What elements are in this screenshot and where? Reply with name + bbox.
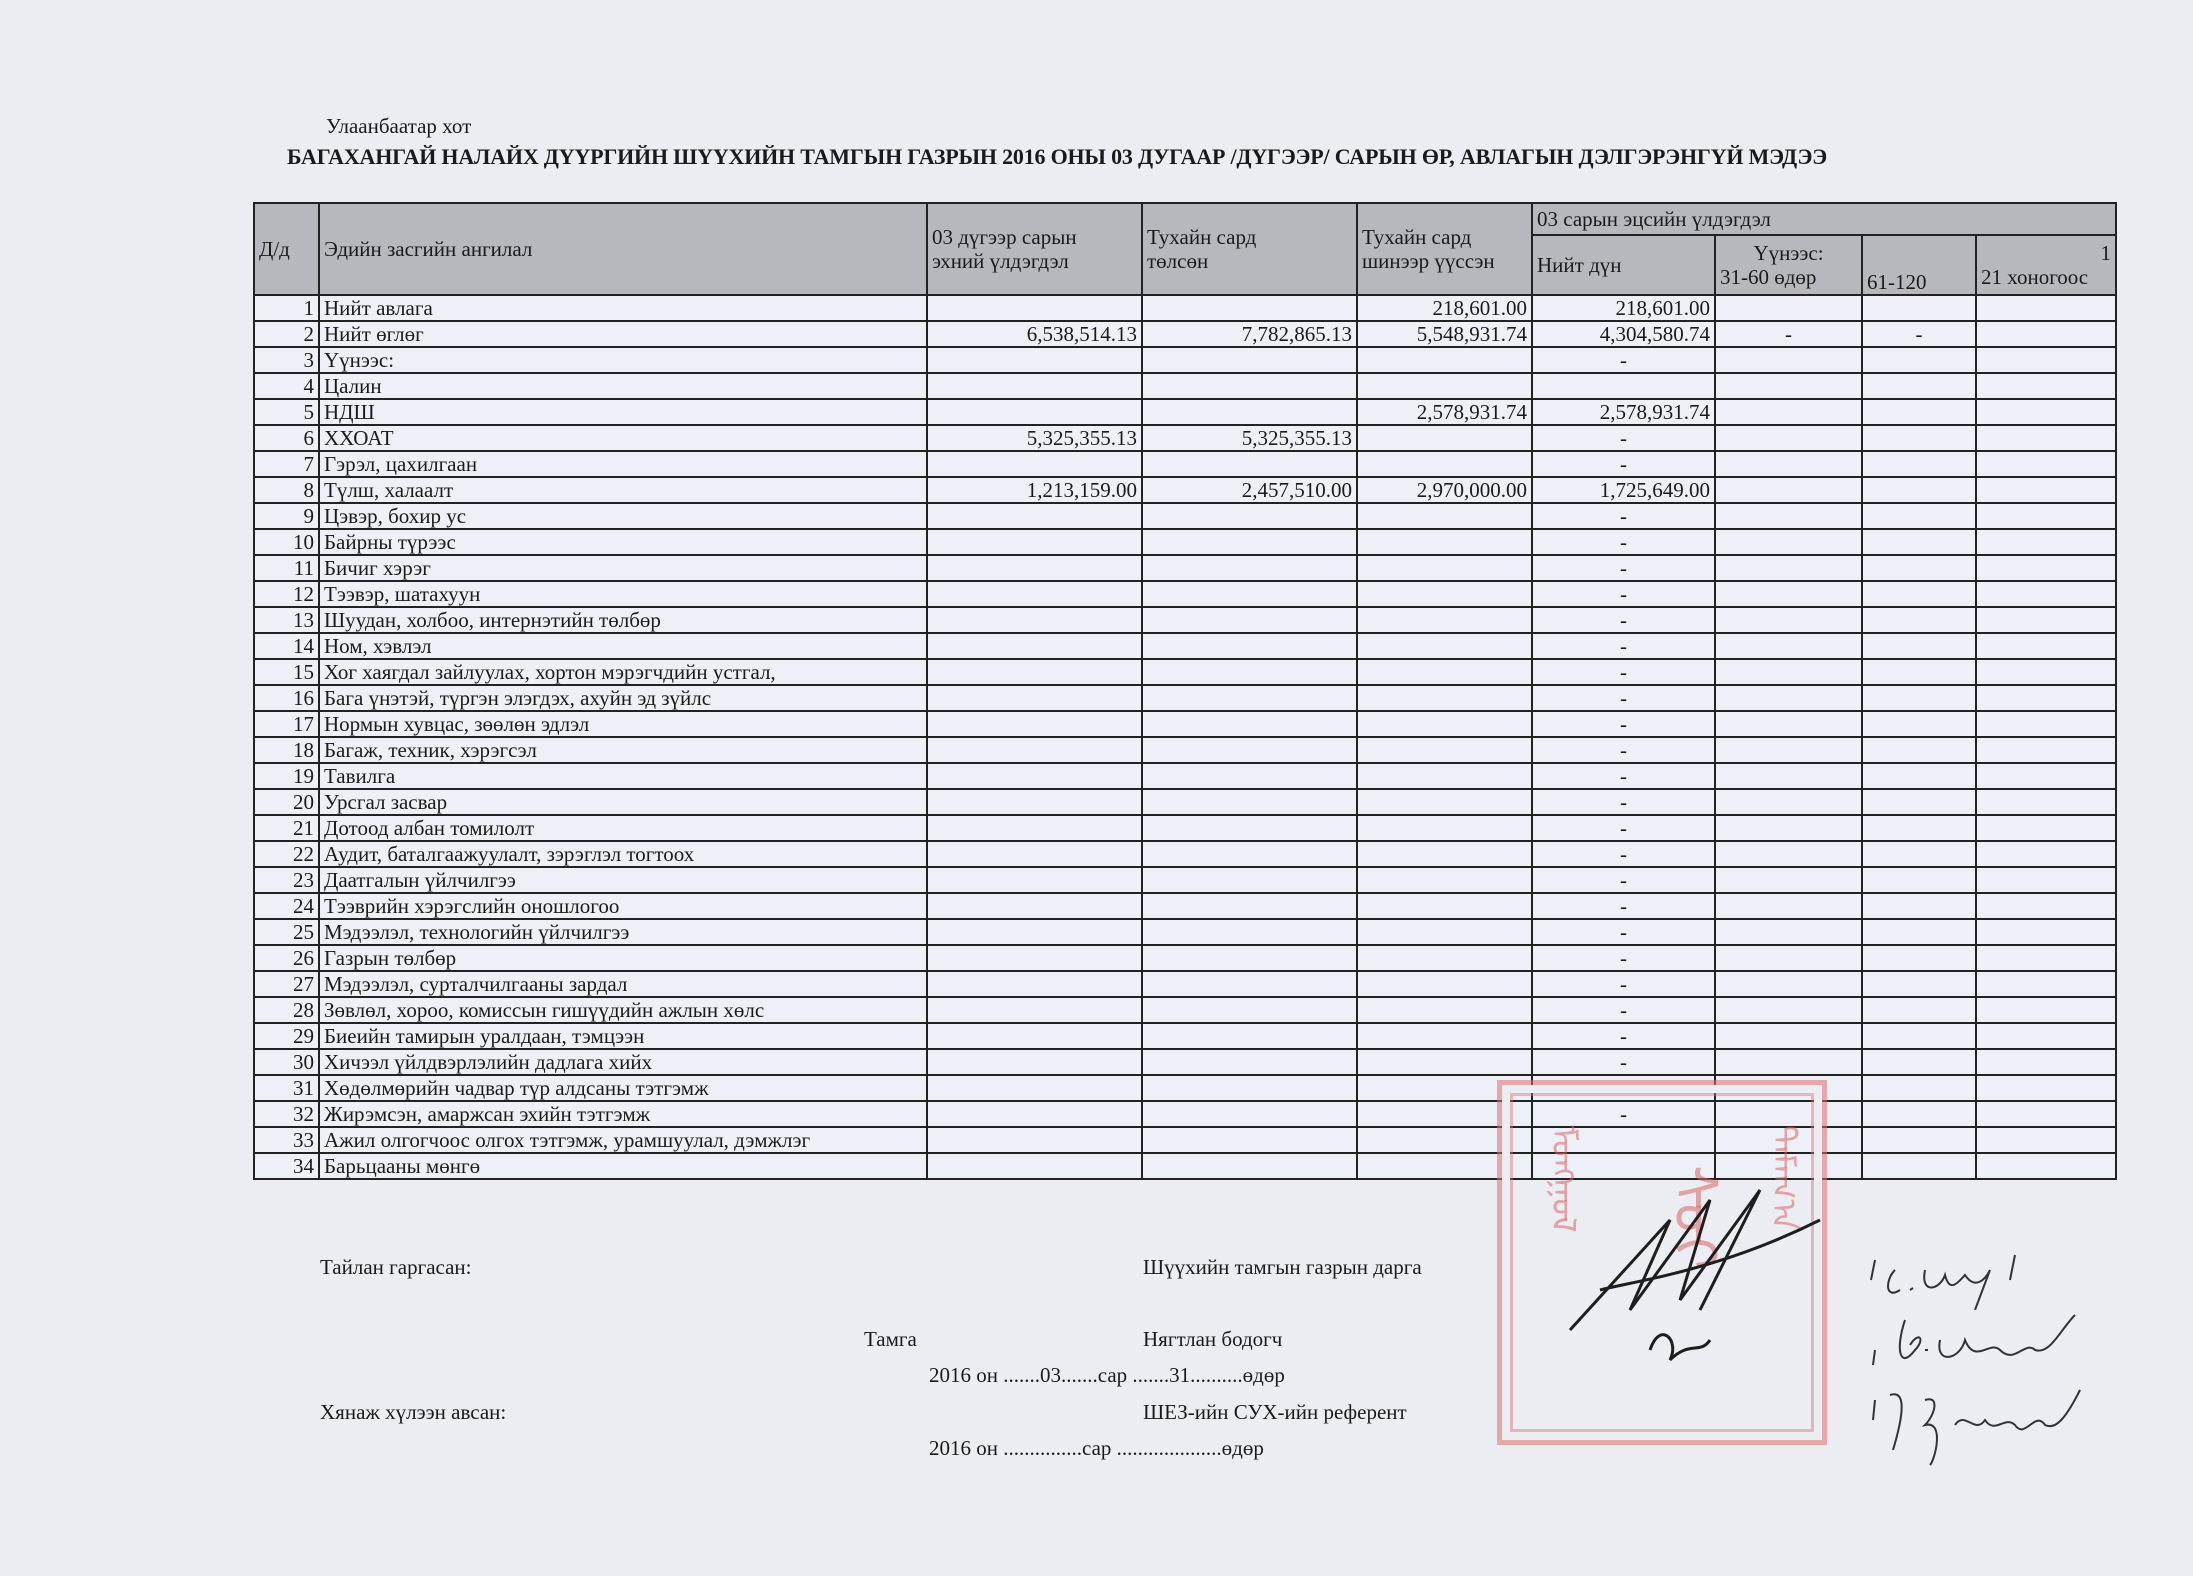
cell-total: -	[1532, 659, 1715, 685]
cell-new	[1357, 737, 1532, 763]
cell-d121	[1976, 737, 2116, 763]
cell-paid	[1142, 373, 1357, 399]
cell-new	[1357, 945, 1532, 971]
table-row: 25Мэдээлэл, технологийн үйлчилгээ-	[254, 919, 2116, 945]
cell-total: -	[1532, 867, 1715, 893]
table-row: 1Нийт авлага218,601.00218,601.00	[254, 295, 2116, 321]
cell-opening: 6,538,514.13	[927, 321, 1142, 347]
cell-category: НДШ	[319, 399, 927, 425]
cell-paid	[1142, 1075, 1357, 1101]
cell-d121	[1976, 1101, 2116, 1127]
cell-opening	[927, 503, 1142, 529]
cell-new	[1357, 1023, 1532, 1049]
cell-category: Ажил олгогчоос олгох тэтгэмж, урамшуулал…	[319, 1127, 927, 1153]
received-by-label: Хянаж хүлээн авсан:	[320, 1400, 506, 1425]
cell-paid: 5,325,355.13	[1142, 425, 1357, 451]
cell-n: 1	[254, 295, 319, 321]
cell-d121	[1976, 607, 2116, 633]
cell-d121	[1976, 1153, 2116, 1179]
cell-category: Нормын хувцас, зөөлөн эдлэл	[319, 711, 927, 737]
cell-n: 26	[254, 945, 319, 971]
cell-d61-120	[1862, 1153, 1976, 1179]
cell-new	[1357, 711, 1532, 737]
cell-paid	[1142, 997, 1357, 1023]
cell-category: Мэдээлэл, сурталчилгааны зардал	[319, 971, 927, 997]
head-title-label: Шүүхийн тамгын газрын дарга	[1143, 1255, 1422, 1280]
cell-new	[1357, 633, 1532, 659]
table-row: 33Ажил олгогчоос олгох тэтгэмж, урамшуул…	[254, 1127, 2116, 1153]
table-row: 4Цалин	[254, 373, 2116, 399]
table-row: 15Хог хаягдал зайлуулах, хортон мэрэгчди…	[254, 659, 2116, 685]
head-name-signature-icon	[1865, 1250, 2035, 1310]
cell-d121	[1976, 295, 2116, 321]
cell-paid	[1142, 1101, 1357, 1127]
cell-d31-60	[1715, 477, 1862, 503]
cell-d121	[1976, 919, 2116, 945]
received-date-line: 2016 он ...............сар .............…	[929, 1436, 1264, 1461]
cell-paid	[1142, 815, 1357, 841]
cell-new	[1357, 997, 1532, 1023]
cell-d121	[1976, 815, 2116, 841]
cell-d31-60	[1715, 763, 1862, 789]
cell-total: -	[1532, 919, 1715, 945]
col-header-121-plus-days: 121 хоногоос	[1976, 235, 2116, 295]
cell-new	[1357, 659, 1532, 685]
cell-total: -	[1532, 997, 1715, 1023]
cell-opening	[927, 1153, 1142, 1179]
cell-opening	[927, 451, 1142, 477]
cell-total: -	[1532, 737, 1715, 763]
cell-d31-60	[1715, 737, 1862, 763]
cell-n: 28	[254, 997, 319, 1023]
cell-paid	[1142, 763, 1357, 789]
cell-opening	[927, 1075, 1142, 1101]
cell-d61-120	[1862, 737, 1976, 763]
referent-title-label: ШЕЗ-ийн СУХ-ийн референт	[1143, 1400, 1407, 1425]
cell-category: Байрны түрээс	[319, 529, 927, 555]
cell-d61-120	[1862, 373, 1976, 399]
cell-n: 29	[254, 1023, 319, 1049]
cell-paid	[1142, 1023, 1357, 1049]
cell-paid	[1142, 659, 1357, 685]
table-row: 16Бага үнэтэй, түргэн элэгдэх, ахуйн эд …	[254, 685, 2116, 711]
col-header-total: Нийт дүн	[1532, 235, 1715, 295]
cell-d61-120	[1862, 815, 1976, 841]
cell-d61-120	[1862, 295, 1976, 321]
cell-n: 21	[254, 815, 319, 841]
cell-paid	[1142, 295, 1357, 321]
cell-d121	[1976, 529, 2116, 555]
cell-paid	[1142, 1127, 1357, 1153]
cell-d31-60	[1715, 581, 1862, 607]
cell-n: 10	[254, 529, 319, 555]
cell-d31-60	[1715, 451, 1862, 477]
cell-d61-120: -	[1862, 321, 1976, 347]
cell-total: -	[1532, 945, 1715, 971]
table-row: 3Үүнээс:-	[254, 347, 2116, 373]
col-header-paid: Тухайн сардтөлсөн	[1142, 203, 1357, 295]
prepared-by-label: Тайлан гаргасан:	[320, 1255, 472, 1280]
cell-d61-120	[1862, 945, 1976, 971]
cell-category: Гэрэл, цахилгаан	[319, 451, 927, 477]
cell-d121	[1976, 477, 2116, 503]
cell-paid	[1142, 503, 1357, 529]
cell-new	[1357, 867, 1532, 893]
cell-n: 15	[254, 659, 319, 685]
cell-d61-120	[1862, 1127, 1976, 1153]
cell-category: Хичээл үйлдвэрлэлийн дадлага хийх	[319, 1049, 927, 1075]
cell-n: 33	[254, 1127, 319, 1153]
cell-total: -	[1532, 711, 1715, 737]
cell-total: -	[1532, 425, 1715, 451]
cell-d121	[1976, 399, 2116, 425]
cell-n: 11	[254, 555, 319, 581]
table-row: 13Шуудан, холбоо, интернэтийн төлбөр-	[254, 607, 2116, 633]
cell-d31-60	[1715, 633, 1862, 659]
cell-opening: 5,325,355.13	[927, 425, 1142, 451]
cell-opening	[927, 659, 1142, 685]
cell-n: 34	[254, 1153, 319, 1179]
accountant-signature-icon	[1865, 1310, 2085, 1380]
cell-d121	[1976, 347, 2116, 373]
cell-n: 25	[254, 919, 319, 945]
cell-d121	[1976, 581, 2116, 607]
cell-n: 4	[254, 373, 319, 399]
cell-new	[1357, 581, 1532, 607]
cell-d61-120	[1862, 1075, 1976, 1101]
cell-paid	[1142, 867, 1357, 893]
cell-n: 32	[254, 1101, 319, 1127]
table-row: 22Аудит, баталгаажуулалт, зэрэглэл тогто…	[254, 841, 2116, 867]
cell-opening	[927, 789, 1142, 815]
cell-total: -	[1532, 529, 1715, 555]
cell-n: 30	[254, 1049, 319, 1075]
cell-d61-120	[1862, 1023, 1976, 1049]
col-header-closing-balance-group: 03 сарын эцсийн үлдэгдэл	[1532, 203, 2116, 235]
cell-category: Ном, хэвлэл	[319, 633, 927, 659]
cell-n: 2	[254, 321, 319, 347]
cell-new	[1357, 425, 1532, 451]
cell-new	[1357, 555, 1532, 581]
cell-opening	[927, 607, 1142, 633]
cell-opening	[927, 737, 1142, 763]
cell-category: Газрын төлбөр	[319, 945, 927, 971]
cell-d61-120	[1862, 451, 1976, 477]
cell-opening	[927, 555, 1142, 581]
table-row: 9Цэвэр, бохир ус-	[254, 503, 2116, 529]
cell-paid	[1142, 841, 1357, 867]
cell-category: Шуудан, холбоо, интернэтийн төлбөр	[319, 607, 927, 633]
cell-category: Дотоод албан томилолт	[319, 815, 927, 841]
cell-paid	[1142, 945, 1357, 971]
cell-opening	[927, 997, 1142, 1023]
cell-opening	[927, 373, 1142, 399]
cell-opening	[927, 815, 1142, 841]
cell-n: 14	[254, 633, 319, 659]
cell-d31-60	[1715, 503, 1862, 529]
cell-new	[1357, 347, 1532, 373]
cell-paid	[1142, 1049, 1357, 1075]
cell-d31-60	[1715, 815, 1862, 841]
cell-category: Мэдээлэл, технологийн үйлчилгээ	[319, 919, 927, 945]
cell-opening	[927, 867, 1142, 893]
cell-d121	[1976, 893, 2116, 919]
cell-paid	[1142, 685, 1357, 711]
cell-new	[1357, 607, 1532, 633]
cell-d61-120	[1862, 867, 1976, 893]
col-header-31-60-days: Үүнээс:31-60 өдөр	[1715, 235, 1862, 295]
cell-paid: 7,782,865.13	[1142, 321, 1357, 347]
col-header-category: Эдийн засгийн ангилал	[319, 203, 927, 295]
accountant-title-label: Нягтлан бодогч	[1143, 1327, 1282, 1352]
cell-d31-60	[1715, 711, 1862, 737]
cell-opening	[927, 841, 1142, 867]
cell-d61-120	[1862, 997, 1976, 1023]
cell-n: 7	[254, 451, 319, 477]
referent-signature-icon	[1865, 1380, 2095, 1470]
table-row: 32Жирэмсэн, амаржсан эхийн тэтгэмж-	[254, 1101, 2116, 1127]
table-row: 31Хөдөлмөрийн чадвар түр алдсаны тэтгэмж…	[254, 1075, 2116, 1101]
cell-d61-120	[1862, 893, 1976, 919]
table-row: 18Багаж, техник, хэрэгсэл-	[254, 737, 2116, 763]
cell-category: Жирэмсэн, амаржсан эхийн тэтгэмж	[319, 1101, 927, 1127]
cell-n: 12	[254, 581, 319, 607]
cell-opening	[927, 633, 1142, 659]
cell-opening	[927, 1101, 1142, 1127]
cell-d121	[1976, 1049, 2116, 1075]
cell-total: -	[1532, 841, 1715, 867]
cell-new: 2,970,000.00	[1357, 477, 1532, 503]
cell-paid	[1142, 555, 1357, 581]
cell-d121	[1976, 841, 2116, 867]
table-row: 27Мэдээлэл, сурталчилгааны зардал-	[254, 971, 2116, 997]
cell-d61-120	[1862, 477, 1976, 503]
cell-opening	[927, 347, 1142, 373]
cell-d31-60	[1715, 971, 1862, 997]
cell-d61-120	[1862, 347, 1976, 373]
col-header-index: Д/д	[254, 203, 319, 295]
cell-n: 22	[254, 841, 319, 867]
cell-opening: 1,213,159.00	[927, 477, 1142, 503]
cell-category: Аудит, баталгаажуулалт, зэрэглэл тогтоох	[319, 841, 927, 867]
cell-d121	[1976, 867, 2116, 893]
cell-paid	[1142, 893, 1357, 919]
cell-category: Нийт өглөг	[319, 321, 927, 347]
cell-total: -	[1532, 451, 1715, 477]
col-header-61-120-days: 61-120	[1862, 235, 1976, 295]
cell-paid	[1142, 529, 1357, 555]
cell-d121	[1976, 789, 2116, 815]
table-row: 29Биеийн тамирын уралдаан, тэмцээн-	[254, 1023, 2116, 1049]
cell-total: 1,725,649.00	[1532, 477, 1715, 503]
cell-total: -	[1532, 789, 1715, 815]
cell-d121	[1976, 1127, 2116, 1153]
cell-category: Хөдөлмөрийн чадвар түр алдсаны тэтгэмж	[319, 1075, 927, 1101]
cell-d31-60	[1715, 685, 1862, 711]
cell-n: 8	[254, 477, 319, 503]
cell-d61-120	[1862, 633, 1976, 659]
cell-category: Бичиг хэрэг	[319, 555, 927, 581]
cell-opening	[927, 685, 1142, 711]
cell-category: Тавилга	[319, 763, 927, 789]
cell-total: -	[1532, 581, 1715, 607]
cell-total: -	[1532, 971, 1715, 997]
cell-total: -	[1532, 893, 1715, 919]
cell-opening	[927, 945, 1142, 971]
cell-d61-120	[1862, 425, 1976, 451]
cell-total: -	[1532, 1049, 1715, 1075]
cell-category: Зөвлөл, хороо, комиссын гишүүдийн ажлын …	[319, 997, 927, 1023]
table-row: 30Хичээл үйлдвэрлэлийн дадлага хийх-	[254, 1049, 2116, 1075]
cell-category: Хог хаягдал зайлуулах, хортон мэрэгчдийн…	[319, 659, 927, 685]
cell-n: 20	[254, 789, 319, 815]
table-row: 5НДШ2,578,931.742,578,931.74	[254, 399, 2116, 425]
cell-category: Цалин	[319, 373, 927, 399]
cell-n: 19	[254, 763, 319, 789]
cell-category: Тээвэр, шатахуун	[319, 581, 927, 607]
cell-opening	[927, 295, 1142, 321]
head-signature-icon	[1560, 1160, 1860, 1370]
cell-d31-60	[1715, 373, 1862, 399]
report-title: БАГАХАНГАЙ НАЛАЙХ ДҮҮРГИЙН ШҮҮХИЙН ТАМГЫ…	[287, 144, 1827, 170]
cell-d61-120	[1862, 659, 1976, 685]
cell-new	[1357, 815, 1532, 841]
cell-new	[1357, 971, 1532, 997]
table-row: 2Нийт өглөг6,538,514.137,782,865.135,548…	[254, 321, 2116, 347]
cell-d31-60	[1715, 347, 1862, 373]
table-row: 17Нормын хувцас, зөөлөн эдлэл-	[254, 711, 2116, 737]
cell-new	[1357, 1049, 1532, 1075]
cell-n: 24	[254, 893, 319, 919]
table-row: 20Урсгал засвар-	[254, 789, 2116, 815]
cell-category: Цэвэр, бохир ус	[319, 503, 927, 529]
table-row: 10 Байрны түрээс-	[254, 529, 2116, 555]
cell-d61-120	[1862, 789, 1976, 815]
cell-paid	[1142, 789, 1357, 815]
cell-paid	[1142, 451, 1357, 477]
cell-d31-60	[1715, 659, 1862, 685]
cell-d31-60	[1715, 399, 1862, 425]
cell-d31-60	[1715, 841, 1862, 867]
cell-d31-60	[1715, 945, 1862, 971]
cell-n: 5	[254, 399, 319, 425]
cell-opening	[927, 893, 1142, 919]
cell-d61-120	[1862, 607, 1976, 633]
cell-total: -	[1532, 503, 1715, 529]
cell-d61-120	[1862, 1101, 1976, 1127]
cell-category: ХХОАТ	[319, 425, 927, 451]
cell-total: -	[1532, 607, 1715, 633]
cell-d31-60	[1715, 607, 1862, 633]
cell-paid	[1142, 347, 1357, 373]
cell-d31-60	[1715, 997, 1862, 1023]
cell-new	[1357, 919, 1532, 945]
cell-total: 218,601.00	[1532, 295, 1715, 321]
cell-total: -	[1532, 555, 1715, 581]
table-row: 28Зөвлөл, хороо, комиссын гишүүдийн ажлы…	[254, 997, 2116, 1023]
cell-d31-60	[1715, 867, 1862, 893]
cell-d121	[1976, 711, 2116, 737]
cell-total: -	[1532, 815, 1715, 841]
cell-d61-120	[1862, 581, 1976, 607]
cell-category: Үүнээс:	[319, 347, 927, 373]
cell-d121	[1976, 555, 2116, 581]
signed-date-line: 2016 он .......03.......сар .......31...…	[929, 1363, 1285, 1388]
cell-paid: 2,457,510.00	[1142, 477, 1357, 503]
table-row: 7Гэрэл, цахилгаан-	[254, 451, 2116, 477]
cell-d31-60	[1715, 555, 1862, 581]
cell-new	[1357, 841, 1532, 867]
cell-n: 6	[254, 425, 319, 451]
cell-d121	[1976, 425, 2116, 451]
cell-category: Бага үнэтэй, түргэн элэгдэх, ахуйн эд зү…	[319, 685, 927, 711]
cell-category: Багаж, техник, хэрэгсэл	[319, 737, 927, 763]
cell-category: Барьцааны мөнгө	[319, 1153, 927, 1179]
cell-opening	[927, 971, 1142, 997]
cell-n: 3	[254, 347, 319, 373]
cell-total: 2,578,931.74	[1532, 399, 1715, 425]
cell-d31-60	[1715, 1023, 1862, 1049]
table-row: 26Газрын төлбөр-	[254, 945, 2116, 971]
report-table-body: 1Нийт авлага218,601.00218,601.002Нийт өг…	[254, 295, 2116, 1179]
cell-d61-120	[1862, 919, 1976, 945]
cell-category: Тээврийн хэрэгслийн оношлогоо	[319, 893, 927, 919]
cell-total: -	[1532, 685, 1715, 711]
cell-opening	[927, 581, 1142, 607]
cell-total	[1532, 373, 1715, 399]
cell-d61-120	[1862, 841, 1976, 867]
cell-category: Биеийн тамирын уралдаан, тэмцээн	[319, 1023, 927, 1049]
cell-opening	[927, 1127, 1142, 1153]
cell-opening	[927, 711, 1142, 737]
table-row: 14Ном, хэвлэл-	[254, 633, 2116, 659]
city-label: Улаанбаатар хот	[326, 114, 471, 139]
cell-d121	[1976, 1075, 2116, 1101]
table-row: 24Тээврийн хэрэгслийн оношлогоо-	[254, 893, 2116, 919]
cell-new	[1357, 373, 1532, 399]
cell-n: 17	[254, 711, 319, 737]
cell-total: -	[1532, 1023, 1715, 1049]
cell-d31-60	[1715, 295, 1862, 321]
cell-d121	[1976, 971, 2116, 997]
cell-new	[1357, 503, 1532, 529]
cell-d61-120	[1862, 711, 1976, 737]
cell-d61-120	[1862, 971, 1976, 997]
cell-n: 31	[254, 1075, 319, 1101]
cell-d121	[1976, 503, 2116, 529]
cell-opening	[927, 399, 1142, 425]
cell-d121	[1976, 997, 2116, 1023]
cell-new: 2,578,931.74	[1357, 399, 1532, 425]
cell-d61-120	[1862, 763, 1976, 789]
cell-d31-60	[1715, 425, 1862, 451]
cell-paid	[1142, 607, 1357, 633]
cell-n: 9	[254, 503, 319, 529]
table-row: 11Бичиг хэрэг-	[254, 555, 2116, 581]
cell-d61-120	[1862, 685, 1976, 711]
stamp-label: Тамга	[864, 1327, 917, 1352]
table-row: 12Тээвэр, шатахуун-	[254, 581, 2116, 607]
cell-d31-60	[1715, 789, 1862, 815]
cell-n: 27	[254, 971, 319, 997]
cell-paid	[1142, 581, 1357, 607]
cell-d121	[1976, 373, 2116, 399]
cell-d121	[1976, 945, 2116, 971]
cell-opening	[927, 919, 1142, 945]
cell-d31-60	[1715, 893, 1862, 919]
cell-new	[1357, 893, 1532, 919]
cell-n: 23	[254, 867, 319, 893]
